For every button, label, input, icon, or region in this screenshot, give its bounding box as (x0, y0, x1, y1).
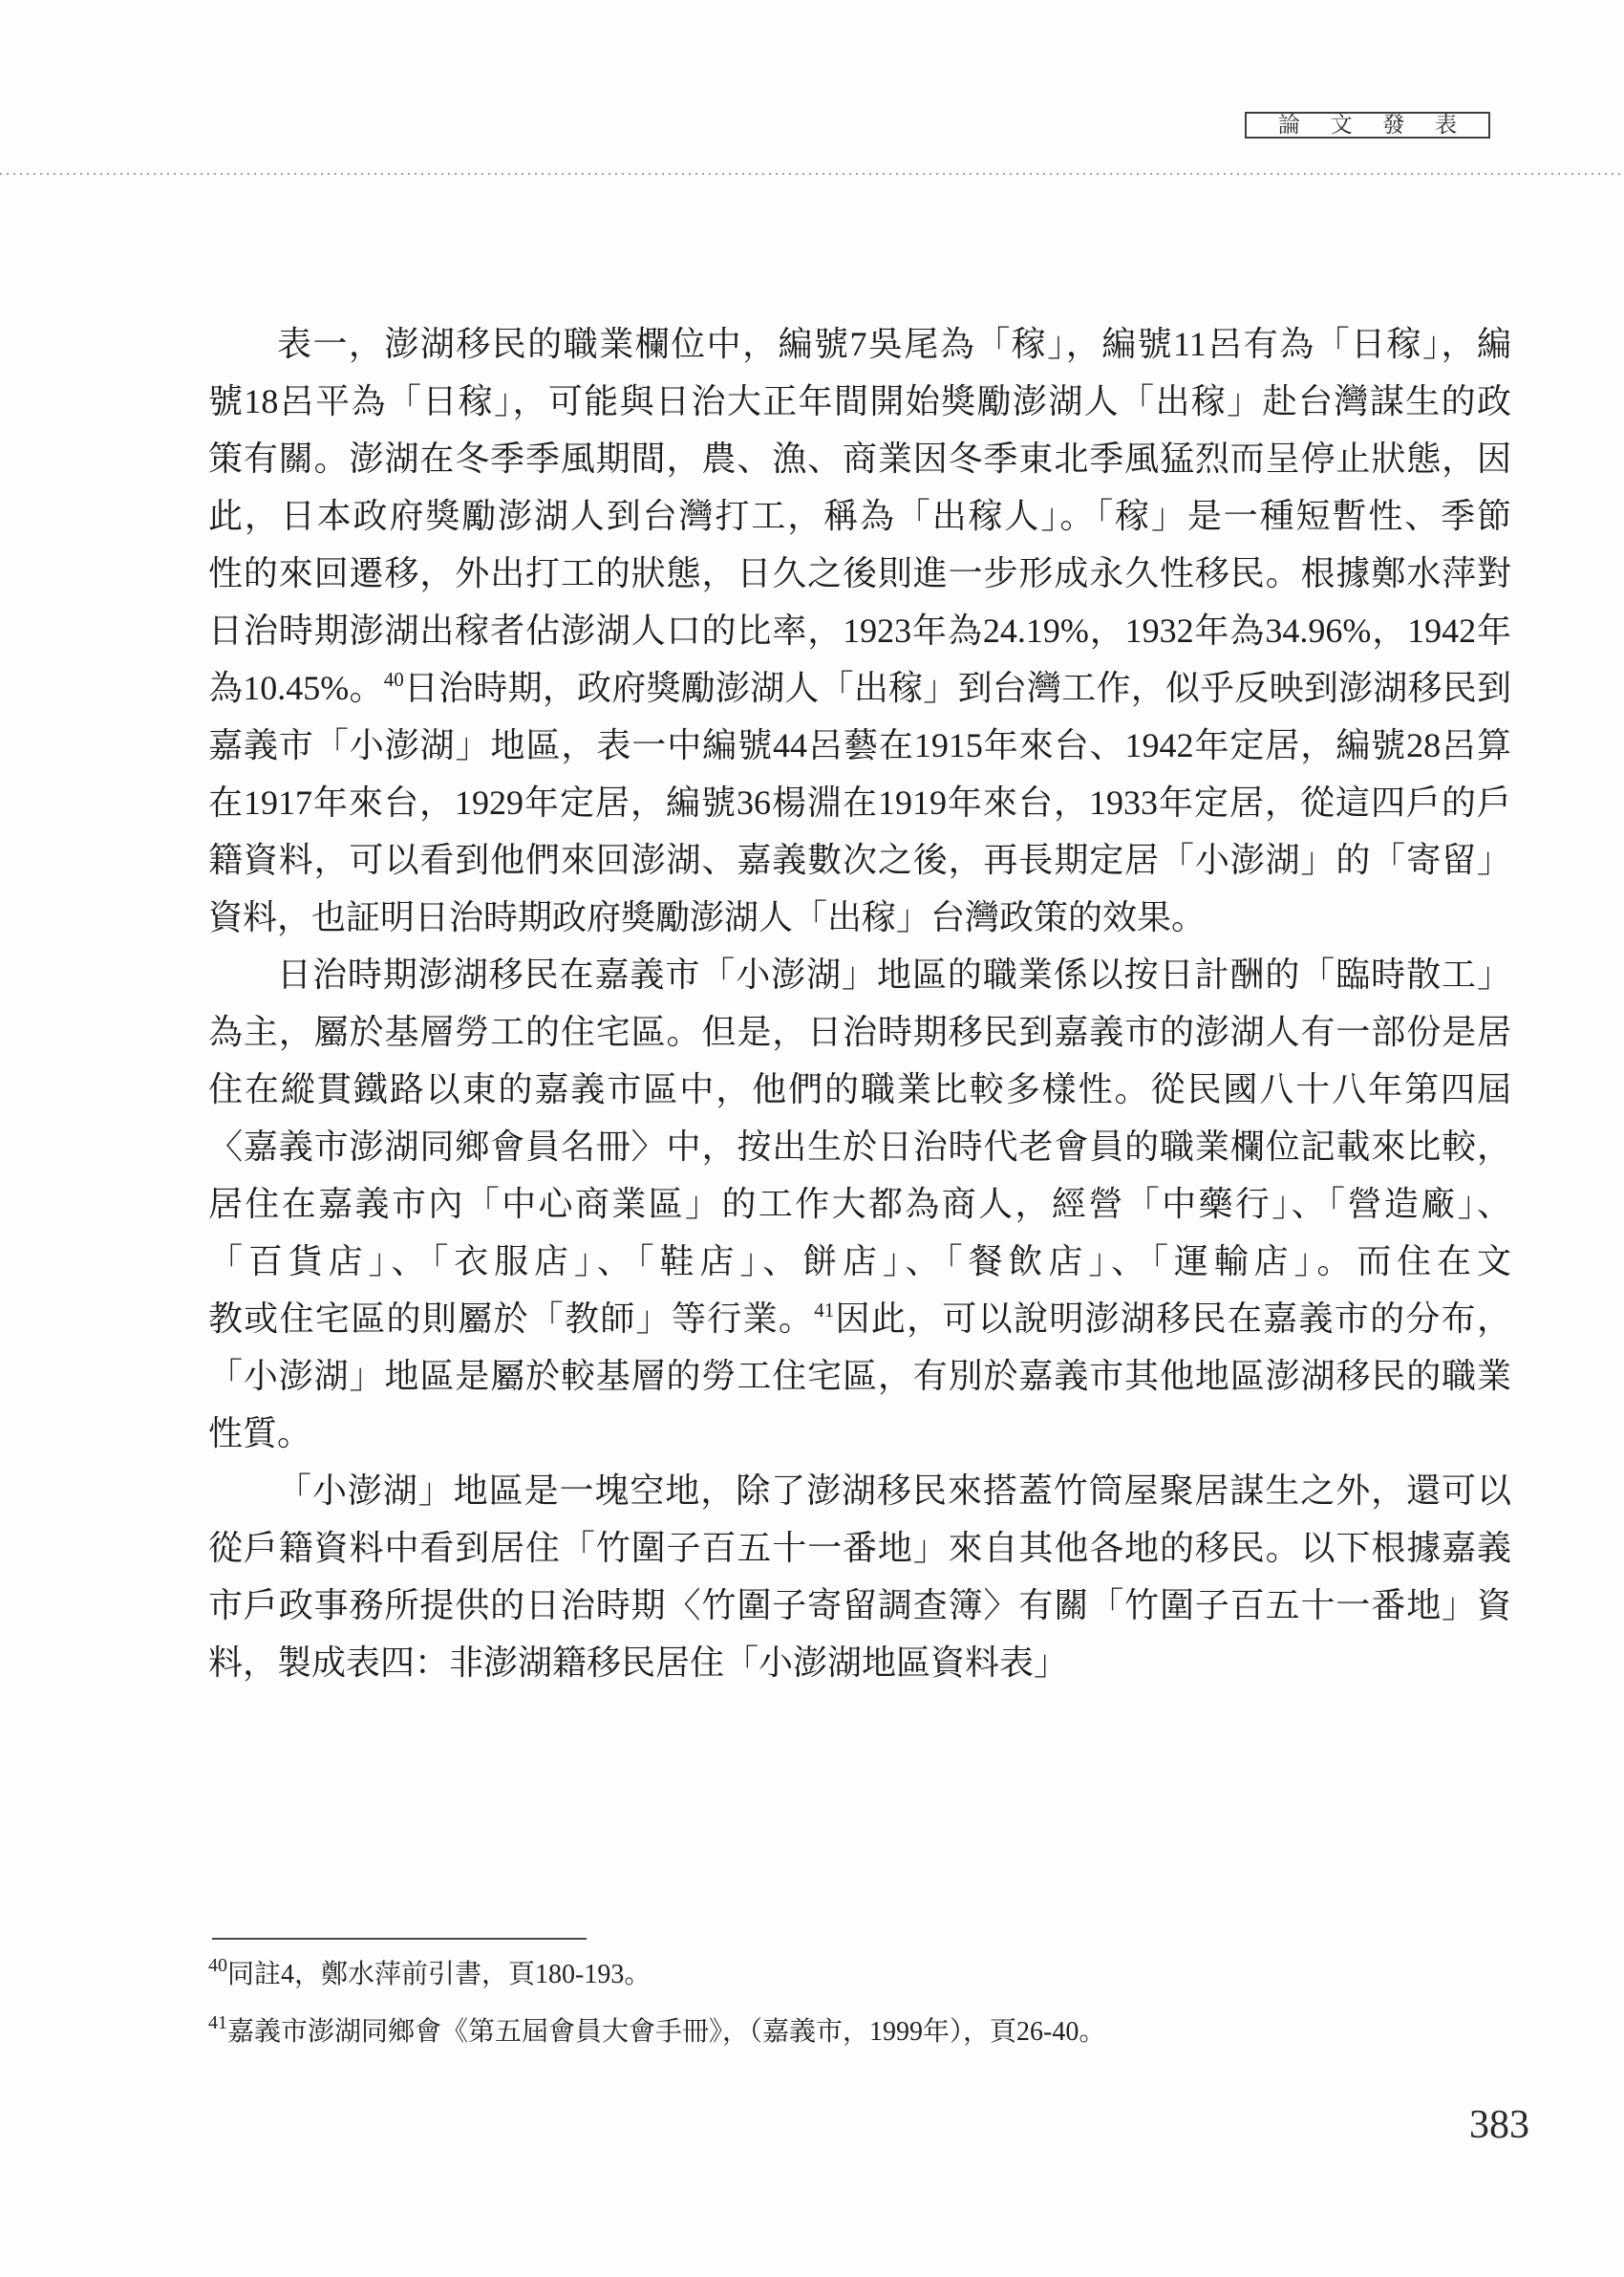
text-line: 嘉義市「小澎湖」地區，表一中編號44呂藝在1915年來台、1942年定居，編號2… (208, 717, 1511, 774)
text-line: 日治時期澎湖移民在嘉義市「小澎湖」地區的職業係以按日計酬的「臨時散工」 (208, 946, 1511, 1003)
running-header-label: 論 文 發 表 (1266, 114, 1469, 137)
text-run: 日治時期澎湖出稼者佔澎湖人口的比率，1923年為24.19%，1932年為34.… (208, 612, 1511, 650)
text-line: 為主，屬於基層勞工的住宅區。但是，日治時期移民到嘉義市的澎湖人有一部份是居 (208, 1003, 1511, 1061)
text-run: 性的來回遷移，外出打工的狀態，日久之後則進一步形成永久性移民。根據鄭水萍對 (208, 554, 1511, 592)
text-line: 日治時期澎湖出稼者佔澎湖人口的比率，1923年為24.19%，1932年為34.… (208, 602, 1511, 659)
footnote-text: 嘉義市澎湖同鄉會《第五屆會員大會手冊》，（嘉義市，1999年），頁26-40。 (227, 2017, 1105, 2047)
text-run: 「小澎湖」地區是一塊空地，除了澎湖移民來搭蓋竹筒屋聚居謀生之外，還可以 (277, 1471, 1511, 1510)
text-line: 此，日本政府獎勵澎湖人到台灣打工，稱為「出稼人」。「稼」是一種短暫性、季節 (208, 487, 1511, 545)
text-run: 教或住宅區的則屬於「教師」等行業。 (208, 1300, 814, 1338)
text-line: 教或住宅區的則屬於「教師」等行業。41因此，可以說明澎湖移民在嘉義市的分布， (208, 1290, 1511, 1347)
footnote-ref: 41 (814, 1299, 834, 1321)
body-text: 表一，澎湖移民的職業欄位中，編號7吳尾為「稼」，編號11呂有為「日稼」，編號18… (208, 315, 1511, 1691)
document-page: 論 文 發 表 表一，澎湖移民的職業欄位中，編號7吳尾為「稼」，編號11呂有為「… (0, 0, 1624, 2277)
running-header-box: 論 文 發 表 (1245, 112, 1490, 139)
text-line: 從戶籍資料中看到居住「竹圍子百五十一番地」來自其他各地的移民。以下根據嘉義 (208, 1519, 1511, 1577)
text-line: 市戶政事務所提供的日治時期〈竹圍子寄留調查簿〉有關「竹圍子百五十一番地」資 (208, 1577, 1511, 1634)
text-line: 資料，也証明日治時期政府獎勵澎湖人「出稼」台灣政策的效果。 (208, 889, 1511, 946)
text-line: 籍資料，可以看到他們來回澎湖、嘉義數次之後，再長期定居「小澎湖」的「寄留」 (208, 831, 1511, 889)
text-line: 性質。 (208, 1405, 1511, 1462)
text-run: 策有關。澎湖在冬季季風期間，農、漁、商業因冬季東北季風猛烈而呈停止狀態，因 (208, 440, 1511, 478)
text-run: 日治時期澎湖移民在嘉義市「小澎湖」地區的職業係以按日計酬的「臨時散工」 (277, 956, 1511, 994)
footnote-ref: 40 (384, 668, 404, 691)
text-run: 「百貨店」、「衣服店」、「鞋店」、餅店」、「餐飲店」、「運輸店」。而住在文 (208, 1242, 1511, 1280)
text-line: 料，製成表四：非澎湖籍移民居住「小澎湖地區資料表」 (208, 1634, 1511, 1691)
text-line: 表一，澎湖移民的職業欄位中，編號7吳尾為「稼」，編號11呂有為「日稼」，編 (208, 315, 1511, 373)
text-line: 號18呂平為「日稼」，可能與日治大正年間開始獎勵澎湖人「出稼」赴台灣謀生的政 (208, 373, 1511, 430)
text-run: 因此，可以說明澎湖移民在嘉義市的分布， (834, 1300, 1511, 1338)
text-line: 性的來回遷移，外出打工的狀態，日久之後則進一步形成永久性移民。根據鄭水萍對 (208, 545, 1511, 602)
footnote: 41嘉義市澎湖同鄉會《第五屆會員大會手冊》，（嘉義市，1999年），頁26-40… (208, 2010, 1105, 2054)
dotted-divider (0, 173, 1624, 175)
text-run: 料，製成表四：非澎湖籍移民居住「小澎湖地區資料表」 (208, 1643, 1068, 1682)
text-line: 在1917年來台，1929年定居，編號36楊淵在1919年來台，1933年定居，… (208, 774, 1511, 831)
footnote-number: 40 (208, 1955, 227, 1976)
text-run: 此，日本政府獎勵澎湖人到台灣打工，稱為「出稼人」。「稼」是一種短暫性、季節 (208, 497, 1511, 535)
text-run: 居住在嘉義市內「中心商業區」的工作大都為商人，經營「中藥行」、「營造廠」、 (208, 1185, 1511, 1223)
footnote-number: 41 (208, 2012, 227, 2033)
text-run: 「小澎湖」地區是屬於較基層的勞工住宅區，有別於嘉義市其他地區澎湖移民的職業 (208, 1357, 1511, 1395)
text-run: 日治時期，政府獎勵澎湖人「出稼」到台灣工作，似乎反映到澎湖移民到 (404, 669, 1511, 707)
text-line: 策有關。澎湖在冬季季風期間，農、漁、商業因冬季東北季風猛烈而呈停止狀態，因 (208, 430, 1511, 487)
text-run: 號18呂平為「日稼」，可能與日治大正年間開始獎勵澎湖人「出稼」赴台灣謀生的政 (208, 382, 1511, 420)
text-line: 「小澎湖」地區是一塊空地，除了澎湖移民來搭蓋竹筒屋聚居謀生之外，還可以 (208, 1462, 1511, 1519)
text-run: 籍資料，可以看到他們來回澎湖、嘉義數次之後，再長期定居「小澎湖」的「寄留」 (208, 841, 1511, 879)
text-run: 住在縱貫鐵路以東的嘉義市區中，他們的職業比較多樣性。從民國八十八年第四屆 (208, 1070, 1511, 1108)
text-run: 為10.45%。 (208, 669, 384, 707)
page-number: 383 (1469, 2102, 1529, 2148)
footnote-text: 同註4，鄭水萍前引書，頁180-193。 (227, 1960, 651, 1989)
text-run: 為主，屬於基層勞工的住宅區。但是，日治時期移民到嘉義市的澎湖人有一部份是居 (208, 1013, 1511, 1051)
footnote: 40同註4，鄭水萍前引書，頁180-193。 (208, 1953, 651, 1997)
text-run: 表一，澎湖移民的職業欄位中，編號7吳尾為「稼」，編號11呂有為「日稼」，編 (277, 325, 1511, 363)
text-line: 〈嘉義市澎湖同鄉會員名冊〉中，按出生於日治時代老會員的職業欄位記載來比較， (208, 1118, 1511, 1175)
text-line: 「百貨店」、「衣服店」、「鞋店」、餅店」、「餐飲店」、「運輸店」。而住在文 (208, 1233, 1511, 1290)
text-line: 居住在嘉義市內「中心商業區」的工作大都為商人，經營「中藥行」、「營造廠」、 (208, 1175, 1511, 1233)
text-line: 為10.45%。40日治時期，政府獎勵澎湖人「出稼」到台灣工作，似乎反映到澎湖移… (208, 659, 1511, 717)
text-line: 「小澎湖」地區是屬於較基層的勞工住宅區，有別於嘉義市其他地區澎湖移民的職業 (208, 1347, 1511, 1405)
text-run: 市戶政事務所提供的日治時期〈竹圍子寄留調查簿〉有關「竹圍子百五十一番地」資 (208, 1586, 1511, 1624)
text-run: 資料，也証明日治時期政府獎勵澎湖人「出稼」台灣政策的效果。 (208, 898, 1206, 936)
text-run: 在1917年來台，1929年定居，編號36楊淵在1919年來台，1933年定居，… (208, 784, 1511, 822)
text-run: 從戶籍資料中看到居住「竹圍子百五十一番地」來自其他各地的移民。以下根據嘉義 (208, 1529, 1511, 1567)
text-run: 嘉義市「小澎湖」地區，表一中編號44呂藝在1915年來台、1942年定居，編號2… (208, 726, 1511, 764)
text-run: 〈嘉義市澎湖同鄉會員名冊〉中，按出生於日治時代老會員的職業欄位記載來比較， (208, 1128, 1511, 1166)
text-run: 性質。 (208, 1414, 311, 1452)
text-line: 住在縱貫鐵路以東的嘉義市區中，他們的職業比較多樣性。從民國八十八年第四屆 (208, 1061, 1511, 1118)
footnote-divider (212, 1938, 587, 1940)
